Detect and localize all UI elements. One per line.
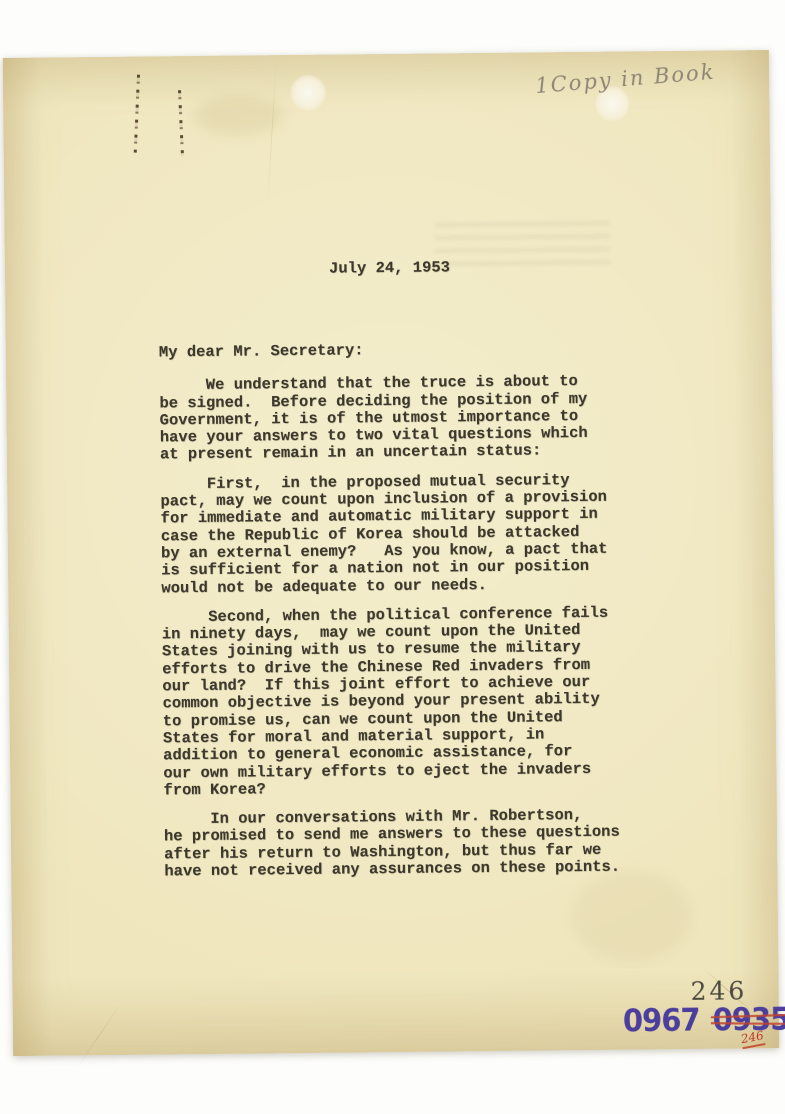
paper-crease <box>77 1002 123 1069</box>
ink-streak-mark <box>134 75 140 153</box>
salutation: My dear Mr. Secretary: <box>159 339 647 361</box>
paragraph-1: We understand that the truce is about to… <box>159 373 648 465</box>
serial-kept-digits: 0967 <box>623 1001 700 1039</box>
letter-page: 1Copy in Book July 24, 1953 My dear Mr. … <box>3 50 779 1056</box>
paragraph-3: Second, when the political conference fa… <box>162 604 652 799</box>
punch-hole-blob <box>290 75 326 111</box>
red-handwritten-correction: 246 <box>740 1028 766 1049</box>
letter-date: July 24, 1953 <box>329 259 450 278</box>
handwritten-note: 1Copy in Book <box>534 57 755 99</box>
letter-body: My dear Mr. Secretary: We understand tha… <box>159 339 653 892</box>
ink-streak-mark <box>178 90 184 156</box>
paragraph-2: First, in the proposed mutual security p… <box>160 471 649 597</box>
bleed-through-ghost-text <box>435 222 610 266</box>
paragraph-4: In our conversations with Mr. Robertson,… <box>164 806 653 880</box>
paper-crease <box>267 55 277 205</box>
paper-stain <box>193 95 283 136</box>
